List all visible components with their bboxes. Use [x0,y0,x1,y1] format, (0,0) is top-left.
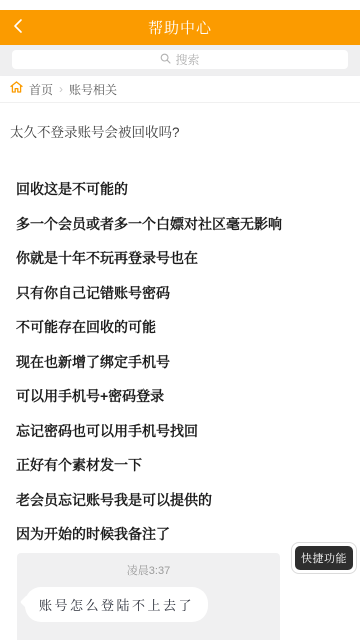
chat-message-bubble: 账号怎么登陆不上去了 [25,587,208,622]
breadcrumb-home[interactable]: 首页 [29,81,53,98]
answer-line: 不可能存在回收的可能 [16,320,282,335]
search-placeholder: 搜索 [175,51,199,68]
answer-line: 你就是十年不玩再登录号也在 [16,251,282,266]
answer-list: 回收这是不可能的 多一个会员或者多一个白嫖对社区毫无影响 你就是十年不玩再登录号… [16,182,282,562]
answer-line: 只有你自己记错账号密码 [16,286,282,301]
quick-functions-label: 快捷功能 [295,546,353,570]
search-input[interactable]: 搜索 [12,50,348,69]
answer-line: 多一个会员或者多一个白嫖对社区毫无影响 [16,217,282,232]
chat-timestamp: 凌晨3:37 [17,553,280,578]
chevron-left-icon [12,18,24,37]
answer-line: 可以用手机号+密码登录 [16,389,282,404]
search-icon [160,51,171,69]
question-title: 太久不登录账号会被回收吗? [10,121,180,141]
home-icon[interactable] [10,80,23,98]
search-section: 搜索 [0,45,360,76]
status-bar [0,0,360,10]
answer-line: 老会员忘记账号我是可以提供的 [16,493,282,508]
nav-bar: 帮助中心 [0,10,360,45]
breadcrumb-current: 账号相关 [69,81,117,98]
answer-line: 正好有个素材发一下 [16,458,282,473]
answer-line: 因为开始的时候我备注了 [16,527,282,542]
answer-line: 现在也新增了绑定手机号 [16,355,282,370]
help-center-screen: 帮助中心 搜索 首页 › 账号相关 太久不登录账号会被回收吗? 回收这是不可能的… [0,0,360,640]
answer-line: 回收这是不可能的 [16,182,282,197]
embedded-chat-screenshot[interactable]: 凌晨3:37 账号怎么登陆不上去了 [17,553,280,640]
quick-functions-button[interactable]: 快捷功能 [291,542,357,574]
answer-line: 忘记密码也可以用手机号找回 [16,424,282,439]
breadcrumb-separator-icon: › [59,82,63,96]
breadcrumb: 首页 › 账号相关 [0,76,360,103]
back-button[interactable] [8,10,38,45]
page-title: 帮助中心 [148,17,212,38]
